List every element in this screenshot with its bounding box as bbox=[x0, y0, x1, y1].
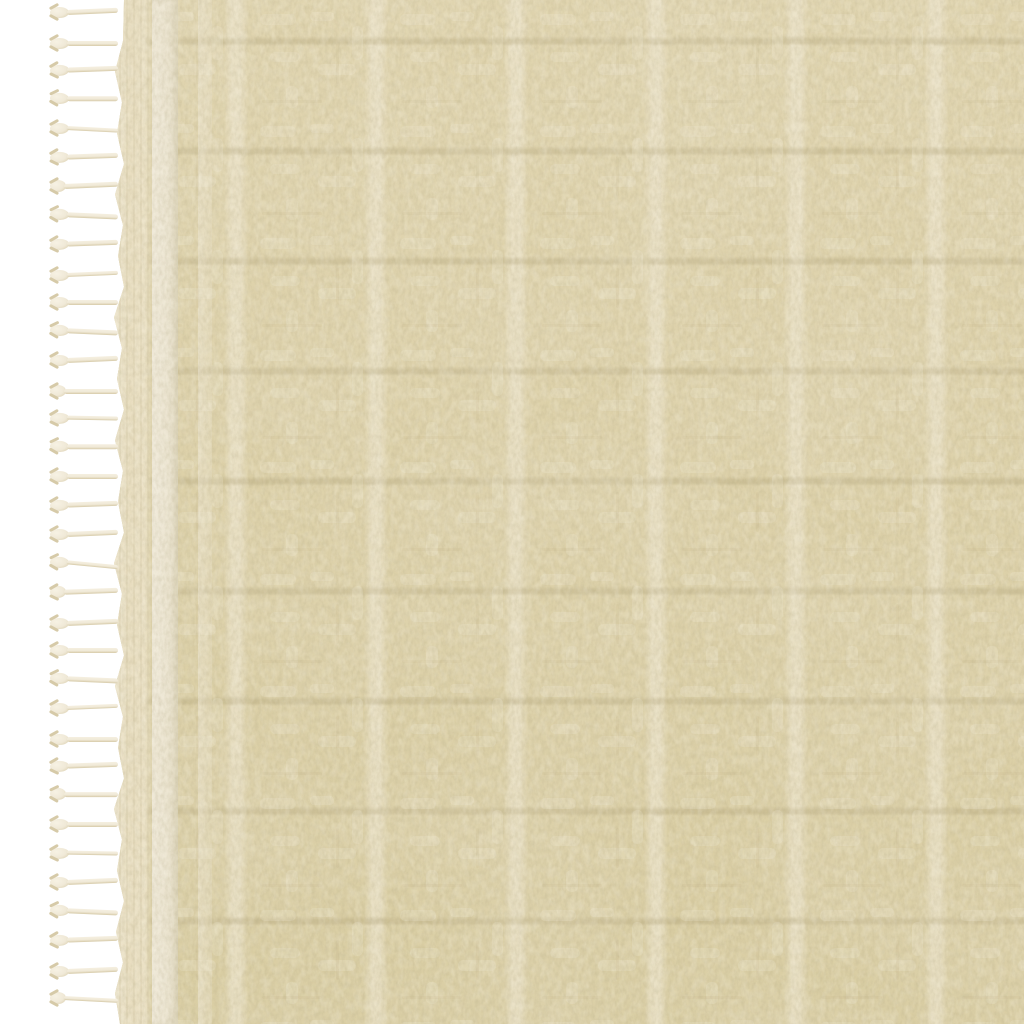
tassel-strand bbox=[67, 7, 118, 14]
tassel-strand bbox=[67, 908, 118, 915]
fringe-tassel bbox=[50, 206, 119, 225]
fringe-tassel bbox=[50, 495, 119, 513]
fringe-tassel bbox=[50, 615, 118, 631]
tassel-strand bbox=[64, 996, 118, 1003]
tassel-strand bbox=[67, 328, 118, 335]
tassel-strand bbox=[67, 966, 118, 973]
tassel-strand bbox=[67, 474, 118, 479]
wool-texture-overlay bbox=[112, 0, 1024, 1024]
tassel-strand bbox=[67, 935, 118, 942]
fringe-tassel bbox=[50, 322, 119, 341]
tassel-strand bbox=[67, 96, 118, 101]
tassel-strand bbox=[64, 587, 118, 594]
fringe-tassel bbox=[50, 383, 118, 399]
fringe-tassel bbox=[50, 267, 118, 283]
tassel-strand bbox=[64, 181, 118, 188]
fringe-tassel bbox=[50, 526, 118, 542]
fringe-tassel bbox=[50, 178, 118, 194]
tassel-strand bbox=[67, 529, 118, 536]
rug-body bbox=[112, 0, 1024, 1024]
tassel-strand bbox=[67, 152, 118, 159]
tassel-strand bbox=[67, 676, 118, 683]
tassel-strand bbox=[67, 300, 118, 305]
tassel-strand bbox=[67, 648, 118, 653]
fringe-tassel bbox=[50, 554, 119, 573]
tassel-strand bbox=[67, 618, 118, 625]
fringe-tassel bbox=[50, 670, 119, 689]
fringe-tassel bbox=[50, 874, 118, 890]
fringe-tassel bbox=[50, 963, 118, 979]
tassel-strand bbox=[67, 416, 118, 421]
fringe-tassel bbox=[50, 642, 118, 658]
fringe-tassel bbox=[50, 816, 118, 832]
fringe-tassel bbox=[50, 234, 119, 252]
fringe-tassels bbox=[0, 0, 122, 1024]
fringe-tassel bbox=[50, 990, 118, 1006]
fringe-tassel bbox=[50, 438, 119, 457]
fringe-tassel bbox=[50, 582, 119, 600]
tassel-strand bbox=[64, 389, 118, 394]
tassel-strand bbox=[67, 877, 118, 884]
tassel-strand bbox=[67, 851, 118, 856]
fringe-tassel bbox=[50, 700, 118, 716]
fringe-tassel bbox=[50, 408, 119, 426]
fringe-tassel bbox=[50, 35, 118, 51]
fringe-tassel bbox=[50, 786, 119, 805]
tassel-strand bbox=[67, 444, 118, 449]
tassel-strand bbox=[67, 560, 118, 569]
tassel-strand bbox=[67, 239, 118, 246]
rug-product-photo bbox=[0, 0, 1024, 1024]
tassel-strand bbox=[67, 212, 118, 219]
fringe-tassel bbox=[50, 930, 119, 948]
tassel-strand bbox=[67, 761, 118, 768]
fringe-tassel bbox=[50, 352, 118, 368]
tassel-strand bbox=[67, 737, 118, 742]
tassel-strand bbox=[67, 41, 118, 46]
fringe-tassel bbox=[50, 756, 119, 774]
tassel-strand bbox=[67, 822, 118, 827]
fringe-tassel bbox=[50, 4, 118, 20]
tassel-strand bbox=[67, 126, 118, 133]
fringe-tassel bbox=[50, 60, 119, 78]
fringe-tassel bbox=[50, 90, 119, 109]
tassel-strand bbox=[67, 355, 118, 362]
fringe-tassel bbox=[50, 468, 118, 484]
fringe-tassel bbox=[50, 731, 118, 747]
fringe-tassel bbox=[50, 843, 119, 861]
tassel-strand bbox=[67, 704, 118, 710]
tassel-strand bbox=[67, 65, 118, 72]
fringe-tassel bbox=[50, 120, 118, 136]
fringe-tassel bbox=[50, 294, 118, 310]
tassel-strand bbox=[67, 271, 118, 277]
tassel-strand bbox=[67, 500, 118, 507]
fringe-tassel bbox=[50, 902, 119, 921]
fringe-tassel bbox=[50, 147, 119, 165]
tassel-strand bbox=[64, 792, 118, 797]
